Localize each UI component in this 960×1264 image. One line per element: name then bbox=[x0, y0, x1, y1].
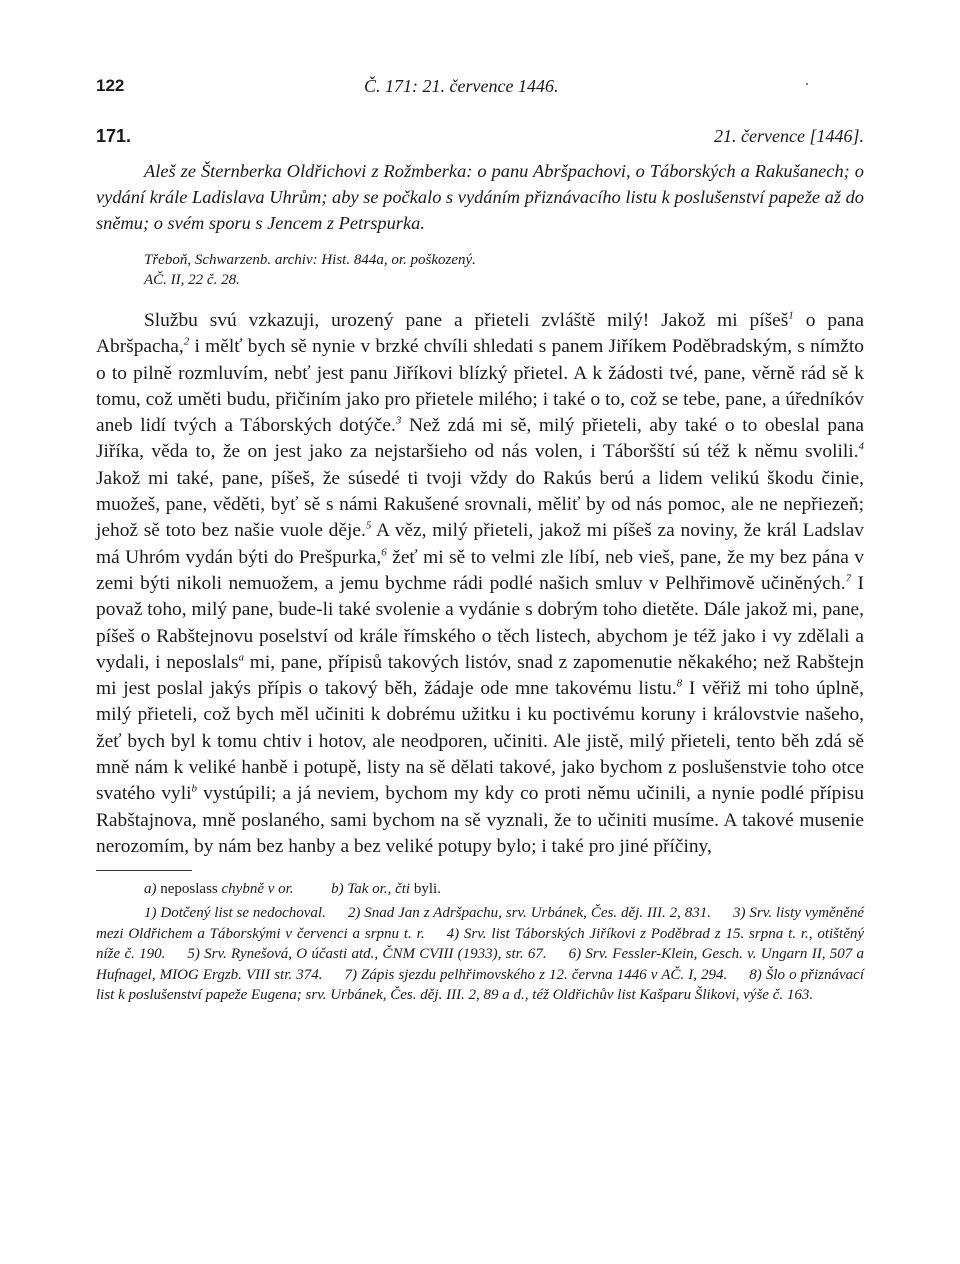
body-segment: vystúpili; a já neviem, bychom my kdy co… bbox=[96, 783, 864, 857]
footnote: 7) Zápis sjezdu pelhřimovského z 12. čer… bbox=[344, 967, 727, 983]
document-number: 171. bbox=[96, 126, 131, 147]
letter-body: Službu svú vzkazuji, urozený pane a přie… bbox=[96, 308, 864, 860]
footnote: 2) Snad Jan z Adršpachu, srv. Urbánek, Č… bbox=[348, 905, 711, 921]
footnotes: 1) Dotčený list se nedochoval.2) Snad Ja… bbox=[96, 903, 864, 1006]
source-citation: Třeboň, Schwarzenb. archiv: Hist. 844a, … bbox=[144, 250, 864, 290]
textual-note-label: b) bbox=[331, 881, 344, 897]
source-edition: AČ. II, 22 č. 28. bbox=[144, 270, 864, 290]
regest-summary: Aleš ze Šternberka Oldřichovi z Rožmberk… bbox=[96, 158, 864, 236]
textual-note-label: a) bbox=[144, 881, 157, 897]
running-title: Č. 171: 21. července 1446. bbox=[364, 76, 558, 97]
footnote: 5) Srv. Rynešová, O účasti atd., ČNM CVI… bbox=[187, 946, 546, 962]
page-number: 122 bbox=[96, 76, 124, 96]
footnote-ref: 4 bbox=[859, 441, 865, 453]
document-heading: 171. 21. července [1446]. bbox=[96, 126, 864, 158]
document-date: 21. července [1446]. bbox=[714, 126, 864, 147]
body-segment: Službu svú vzkazuji, urozený pane a přie… bbox=[144, 310, 788, 331]
textual-note-text: neposlass bbox=[160, 881, 218, 897]
textual-note-text: byli. bbox=[414, 881, 441, 897]
footnote-divider bbox=[96, 870, 192, 871]
running-head: 122 Č. 171: 21. července 1446. bbox=[96, 76, 864, 106]
footnote: 1) Dotčený list se nedochoval. bbox=[144, 905, 326, 921]
textual-note-comment: chybně v or. bbox=[222, 881, 294, 897]
document-page: 122 Č. 171: 21. července 1446. 171. 21. … bbox=[96, 76, 864, 1006]
textual-note-comment: Tak or., čti bbox=[347, 881, 410, 897]
textual-notes: a) neposlass chybně v or. b) Tak or., čt… bbox=[144, 879, 864, 899]
source-archive: Třeboň, Schwarzenb. archiv: Hist. 844a, … bbox=[144, 250, 864, 270]
